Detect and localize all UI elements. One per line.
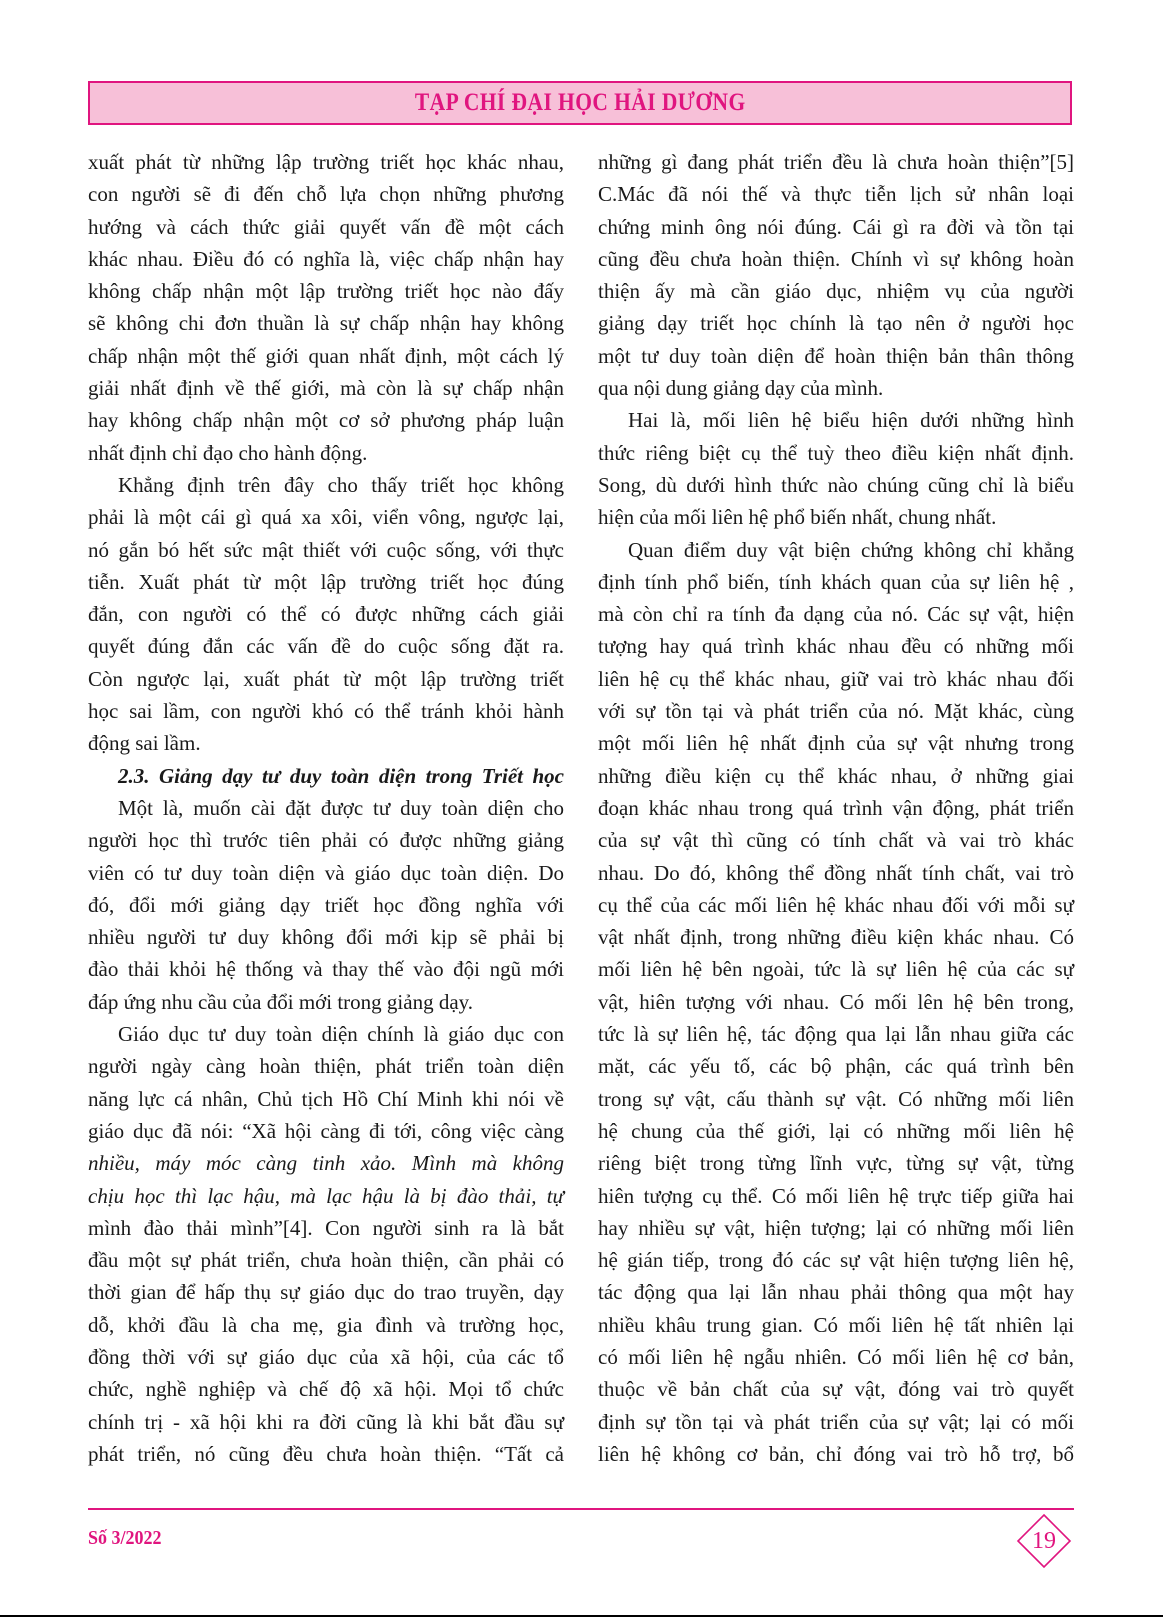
paragraph-start: Hai là, mối liên hệ biểu hiện dưới những… xyxy=(598,404,1074,436)
text-line: mối liên hệ bên ngoài, tức là sự liên hệ… xyxy=(598,953,1074,985)
text-line: một mối liên hệ nhất định của sự vật như… xyxy=(598,727,1074,759)
paragraph-start: Khẳng định trên đây cho thấy triết học k… xyxy=(88,469,564,501)
text-line: giải nhất định về thế giới, mà còn là sự… xyxy=(88,372,564,404)
text-line: phải là một cái gì quá xa xôi, viển vông… xyxy=(88,501,564,533)
text-line: dỗ, khởi đầu là cha mẹ, gia đình và trườ… xyxy=(88,1309,564,1341)
text-line: vật, hiên tượng với nhau. Có mối lên hệ … xyxy=(598,986,1074,1018)
text-line: thời gian để hấp thụ sự giáo dục do trao… xyxy=(88,1276,564,1308)
text-line: chức, nghề nghiệp và chế độ xã hội. Mọi … xyxy=(88,1373,564,1405)
text-line: đào thải khỏi hệ thống và thay thế vào đ… xyxy=(88,953,564,985)
text-line: tượng hay quá trình khác nhau đều có nhữ… xyxy=(598,630,1074,662)
quote-line: nhiều, máy móc càng tinh xảo. Mình mà kh… xyxy=(88,1147,564,1179)
text-line: hiên tượng cụ thể. Có mối liên hệ trực t… xyxy=(598,1180,1074,1212)
text-line: đắn, con người có thể có được những cách… xyxy=(88,598,564,630)
text-line: nhất định chỉ đạo cho hành động. xyxy=(88,437,564,469)
footer-divider xyxy=(88,1508,1074,1510)
text-line: qua nội dung giảng dạy của mình. xyxy=(598,372,1074,404)
text-line: hệ chung của thế giới, lại có những mối … xyxy=(598,1115,1074,1147)
page-number: 19 xyxy=(1016,1513,1072,1569)
text-line: vật nhất định, trong những điều kiện khá… xyxy=(598,921,1074,953)
text-line: liên hệ cụ thể khác nhau, giữ vai trò kh… xyxy=(598,663,1074,695)
text-line: người ngày càng hoàn thiện, phát triển t… xyxy=(88,1050,564,1082)
text-line: hướng và cách thức giải quyết vấn đề một… xyxy=(88,211,564,243)
text-line: trong sự vật, cấu thành sự vật. Có những… xyxy=(598,1083,1074,1115)
text-line: thức riêng biệt cụ thể tuỳ theo điều kiệ… xyxy=(598,437,1074,469)
text-line: chứng minh ông nói đúng. Cái gì ra đời v… xyxy=(598,211,1074,243)
text-line: tức là sự liên hệ, tác động qua lại lẫn … xyxy=(598,1018,1074,1050)
text-line: định sự tồn tại và phát triển của sự vật… xyxy=(598,1406,1074,1438)
text-line: sẽ không chi đơn thuần là sự chấp nhận h… xyxy=(88,307,564,339)
text-line: những điều kiện cụ thể khác nhau, ở nhữn… xyxy=(598,760,1074,792)
text-line: thuộc về bản chất của sự vật, đóng vai t… xyxy=(598,1373,1074,1405)
text-line: đáp ứng nhu cầu của đổi mới trong giảng … xyxy=(88,986,564,1018)
text-line: liên hệ không cơ bản, chỉ đóng vai trò h… xyxy=(598,1438,1074,1470)
page-number-badge: 19 xyxy=(1016,1513,1072,1569)
text-line: mặt, các yếu tố, các bộ phận, các quá tr… xyxy=(598,1050,1074,1082)
text-line: với sự tồn tại và phát triển của nó. Mặt… xyxy=(598,695,1074,727)
text-line: đầu một sự phát triển, chưa hoàn thiện, … xyxy=(88,1244,564,1276)
text-line: hay không chấp nhận một cơ sở phương phá… xyxy=(88,404,564,436)
text-line: hệ gián tiếp, trong đó các sự vật hiện t… xyxy=(598,1244,1074,1276)
text-line: tác động qua lại lẫn nhau phải thông qua… xyxy=(598,1276,1074,1308)
text-line: chấp nhận một thế giới quan nhất định, m… xyxy=(88,340,564,372)
journal-title: TẠP CHÍ ĐẠI HỌC HẢI DƯƠNG xyxy=(415,89,746,117)
text-line: chính trị - xã hội khi ra đời cũng là kh… xyxy=(88,1406,564,1438)
text-line: người học thì trước tiên phải có được nh… xyxy=(88,824,564,856)
text-line: viên có tư duy toàn diện và giáo dục toà… xyxy=(88,857,564,889)
text-line: Còn ngược lại, xuất phát từ một lập trườ… xyxy=(88,663,564,695)
text-line: giảng dạy triết học chính là tạo nên ở n… xyxy=(598,307,1074,339)
text-line: không chấp nhận một lập trường triết học… xyxy=(88,275,564,307)
text-line: phát triển, nó cũng đều chưa hoàn thiện.… xyxy=(88,1438,564,1470)
text-line: định tính phổ biến, tính khách quan của … xyxy=(598,566,1074,598)
text-line: nó gắn bó hết sức mật thiết với cuộc sốn… xyxy=(88,534,564,566)
text-line: đó, đổi mới giảng dạy triết học đồng ngh… xyxy=(88,889,564,921)
text-line: đoạn khác nhau trong quá trình vận động,… xyxy=(598,792,1074,824)
text-line: xuất phát từ những lập trường triết học … xyxy=(88,146,564,178)
text-line: nhiều khâu trung gian. Có mối liên hệ tấ… xyxy=(598,1309,1074,1341)
text-line: Song, dù dưới hình thức nào chúng cũng c… xyxy=(598,469,1074,501)
text-line: những gì đang phát triển đều là chưa hoà… xyxy=(598,146,1074,178)
section-heading: 2.3. Giảng dạy tư duy toàn diện trong Tr… xyxy=(88,760,564,792)
text-line: cụ thể của các mối liên hệ khác nhau đối… xyxy=(598,889,1074,921)
text-line: năng lực cá nhân, Chủ tịch Hồ Chí Minh k… xyxy=(88,1083,564,1115)
issue-number: Số 3/2022 xyxy=(88,1527,162,1550)
text-line: giáo dục đã nói: “Xã hội càng đi tới, cô… xyxy=(88,1115,564,1147)
paragraph-start: Quan điểm duy vật biện chứng không chỉ k… xyxy=(598,534,1074,566)
paragraph-start: Giáo dục tư duy toàn diện chính là giáo … xyxy=(88,1018,564,1050)
text-line: hay nhiều sự vật, hiện tượng; lại có nhữ… xyxy=(598,1212,1074,1244)
journal-header: TẠP CHÍ ĐẠI HỌC HẢI DƯƠNG xyxy=(88,81,1072,125)
text-line: nhiều người tư duy không đổi mới kịp sẽ … xyxy=(88,921,564,953)
text-line: quyết đúng đắn các vấn đề do cuộc sống đ… xyxy=(88,630,564,662)
text-line: riêng biệt trong từng lĩnh vực, từng sự … xyxy=(598,1147,1074,1179)
text-line: mà còn chỉ ra tính đa dạng của nó. Các s… xyxy=(598,598,1074,630)
text-line: một tư duy toàn diện để hoàn thiện bản t… xyxy=(598,340,1074,372)
text-line: thiện ấy mà cần giáo dục, nhiệm vụ của n… xyxy=(598,275,1074,307)
text-line: con người sẽ đi đến chỗ lựa chọn những p… xyxy=(88,178,564,210)
text-line: cũng đều chưa hoàn thiện. Chính vì sự kh… xyxy=(598,243,1074,275)
text-line: C.Mác đã nói thế và thực tiễn lịch sử nh… xyxy=(598,178,1074,210)
text-line: tiễn. Xuất phát từ một lập trường triết … xyxy=(88,566,564,598)
text-line: đồng thời với sự giáo dục của xã hội, củ… xyxy=(88,1341,564,1373)
right-column: những gì đang phát triển đều là chưa hoà… xyxy=(598,146,1074,1470)
text-line: động sai lầm. xyxy=(88,727,564,759)
paragraph-start: Một là, muốn cài đặt được tư duy toàn di… xyxy=(88,792,564,824)
text-line: nhau. Do đó, không thể đồng nhất tính ch… xyxy=(598,857,1074,889)
quote-line: chịu học thì lạc hậu, mà lạc hậu là bị đ… xyxy=(88,1180,564,1212)
text-line: mình đào thải mình”[4]. Con người sinh r… xyxy=(88,1212,564,1244)
text-line: có mối liên hệ ngẫu nhiên. Có mối liên h… xyxy=(598,1341,1074,1373)
text-line: khác nhau. Điều đó có nghĩa là, việc chấ… xyxy=(88,243,564,275)
text-line: học sai lầm, con người khó có thể tránh … xyxy=(88,695,564,727)
left-column: xuất phát từ những lập trường triết học … xyxy=(88,146,564,1470)
text-line: hiện của mối liên hệ phổ biến nhất, chun… xyxy=(598,501,1074,533)
text-line: của sự vật thì cũng có tính chất và vai … xyxy=(598,824,1074,856)
